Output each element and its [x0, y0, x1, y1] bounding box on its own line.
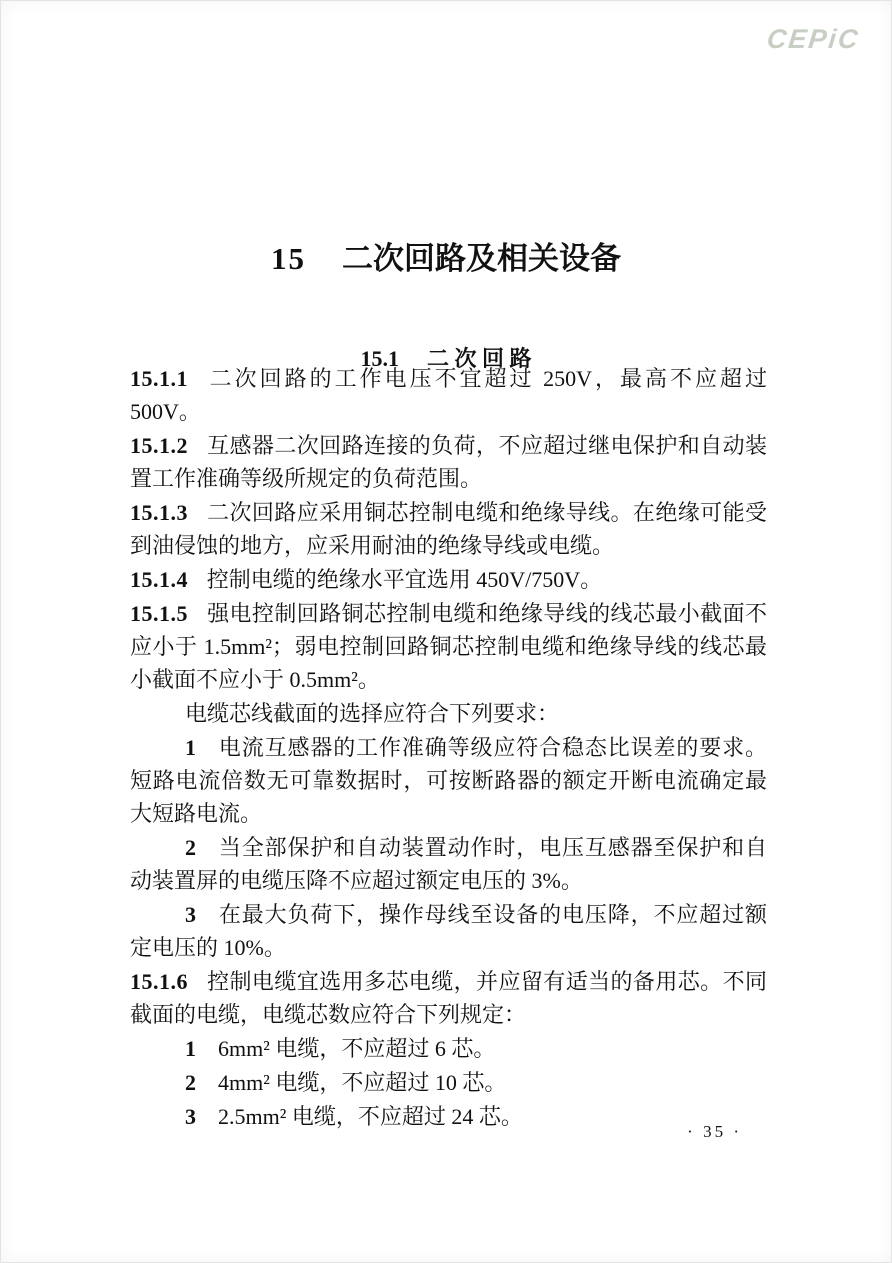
document-page: CEPiC 15二次回路及相关设备 15.1二 次 回 路 15.1.1二次回路… — [0, 0, 892, 1263]
clause-number: 15.1.2 — [130, 433, 188, 458]
clause-number: 15.1.3 — [130, 500, 188, 525]
clause-text: 控制电缆的绝缘水平宜选用 450V/750V。 — [207, 567, 602, 592]
clause-number: 15.1.1 — [130, 366, 188, 391]
chapter-number: 15 — [271, 241, 306, 276]
clause-15-1-4: 15.1.4控制电缆的绝缘水平宜选用 450V/750V。 — [130, 563, 767, 596]
requirements-intro: 电缆芯线截面的选择应符合下列要求： — [130, 697, 767, 730]
item-number: 1 — [185, 1036, 196, 1061]
item-number: 1 — [185, 735, 196, 760]
clause-15-1-3: 15.1.3二次回路应采用铜芯控制电缆和绝缘导线。在绝缘可能受到油侵蚀的地方，应… — [130, 496, 767, 562]
cable-core-item-1: 16mm² 电缆，不应超过 6 芯。 — [130, 1032, 767, 1065]
requirement-item-2: 2当全部保护和自动装置动作时，电压互感器至保护和自动装置屏的电缆压降不应超过额定… — [130, 831, 767, 897]
chapter-title-text: 二次回路及相关设备 — [342, 241, 621, 276]
item-number: 3 — [185, 1104, 196, 1129]
clause-15-1-2: 15.1.2互感器二次回路连接的负荷，不应超过继电保护和自动装置工作准确等级所规… — [130, 429, 767, 495]
clause-number: 15.1.4 — [130, 567, 188, 592]
cable-core-item-2: 24mm² 电缆，不应超过 10 芯。 — [130, 1066, 767, 1099]
clause-text: 二次回路的工作电压不宜超过 250V，最高不应超过 500V。 — [130, 366, 767, 424]
item-number: 2 — [185, 835, 196, 860]
cepic-logo-text: CEPiC — [766, 24, 862, 54]
page-number: · 35 · — [687, 1122, 742, 1142]
clause-text: 互感器二次回路连接的负荷，不应超过继电保护和自动装置工作准确等级所规定的负荷范围… — [130, 433, 767, 491]
item-number: 3 — [185, 902, 196, 927]
clause-15-1-5: 15.1.5强电控制回路铜芯控制电缆和绝缘导线的线芯最小截面不应小于 1.5mm… — [130, 597, 767, 696]
clause-number: 15.1.5 — [130, 601, 188, 626]
cable-core-item-3: 32.5mm² 电缆，不应超过 24 芯。 — [130, 1100, 767, 1133]
clause-text: 强电控制回路铜芯控制电缆和绝缘导线的线芯最小截面不应小于 1.5mm²；弱电控制… — [130, 601, 767, 692]
body-text: 15.1.1二次回路的工作电压不宜超过 250V，最高不应超过 500V。 15… — [130, 362, 767, 1134]
item-text: 2.5mm² 电缆，不应超过 24 芯。 — [218, 1104, 523, 1129]
clause-15-1-1: 15.1.1二次回路的工作电压不宜超过 250V，最高不应超过 500V。 — [130, 362, 767, 428]
clause-number: 15.1.6 — [130, 969, 188, 994]
clause-text: 电缆芯线截面的选择应符合下列要求： — [185, 701, 559, 726]
requirement-item-1: 1电流互感器的工作准确等级应符合稳态比误差的要求。短路电流倍数无可靠数据时，可按… — [130, 731, 767, 830]
cepic-logo: CEPiC — [766, 24, 862, 55]
item-text: 6mm² 电缆，不应超过 6 芯。 — [218, 1036, 495, 1061]
clause-text: 二次回路应采用铜芯控制电缆和绝缘导线。在绝缘可能受到油侵蚀的地方，应采用耐油的绝… — [130, 500, 767, 558]
item-text: 在最大负荷下，操作母线至设备的电压降，不应超过额定电压的 10%。 — [130, 902, 767, 960]
requirement-item-3: 3在最大负荷下，操作母线至设备的电压降，不应超过额定电压的 10%。 — [130, 898, 767, 964]
chapter-title: 15二次回路及相关设备 — [0, 233, 892, 278]
clause-text: 控制电缆宜选用多芯电缆，并应留有适当的备用芯。不同截面的电缆，电缆芯数应符合下列… — [130, 969, 767, 1027]
clause-15-1-6: 15.1.6控制电缆宜选用多芯电缆，并应留有适当的备用芯。不同截面的电缆，电缆芯… — [130, 965, 767, 1031]
item-text: 电流互感器的工作准确等级应符合稳态比误差的要求。短路电流倍数无可靠数据时，可按断… — [130, 735, 767, 826]
item-number: 2 — [185, 1070, 196, 1095]
item-text: 当全部保护和自动装置动作时，电压互感器至保护和自动装置屏的电缆压降不应超过额定电… — [130, 835, 767, 893]
item-text: 4mm² 电缆，不应超过 10 芯。 — [218, 1070, 506, 1095]
